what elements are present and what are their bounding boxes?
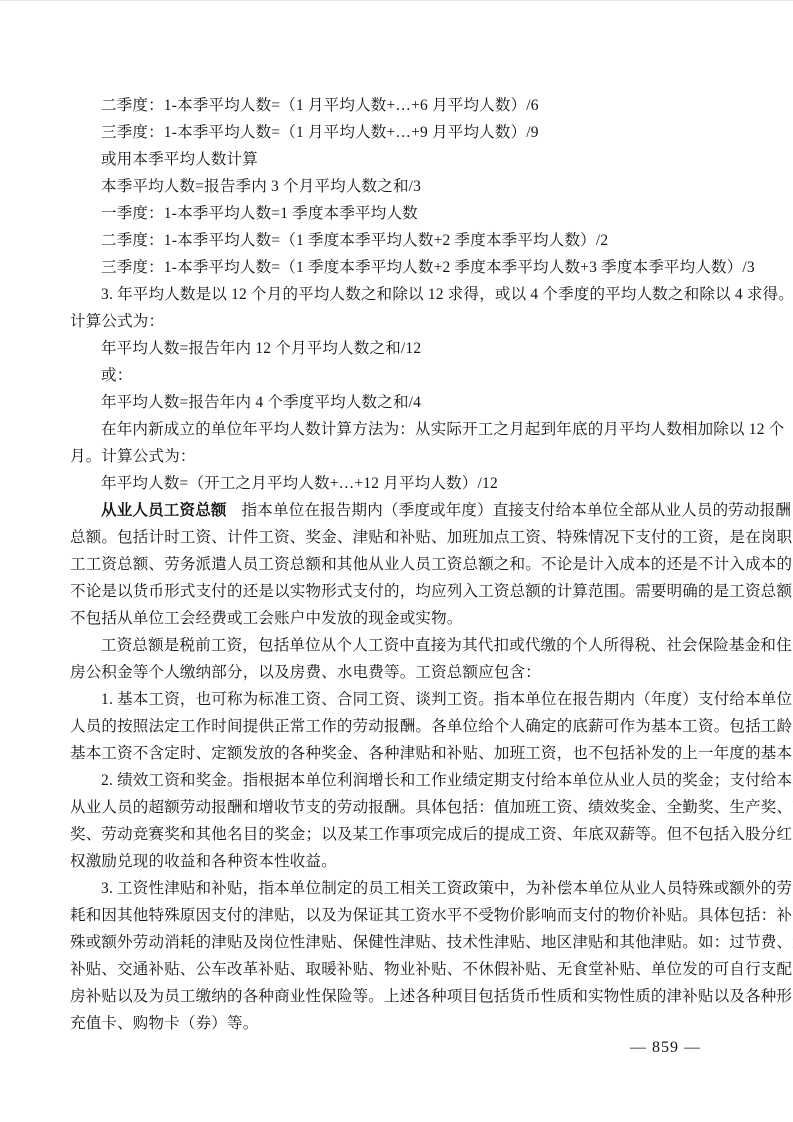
- term-label: 从业人员工资总额: [101, 502, 227, 519]
- doc-line: 1. 基本工资，也可称为标准工资、合同工资、谈判工资。指本单位在报告期内（年度）…: [70, 686, 730, 713]
- doc-line: 权激励兑现的收益和各种资本性收益。: [70, 848, 730, 875]
- page-number: — 859 —: [630, 1038, 701, 1058]
- doc-line: 总额。包括计时工资、计件工资、奖金、津贴和补贴、加班加点工资、特殊情况下支付的工…: [70, 524, 730, 551]
- doc-line: 基本工资不含定时、定额发放的各种奖金、各种津贴和补贴、加班工资，也不包括补发的上…: [70, 740, 730, 767]
- doc-line: 补贴、交通补贴、公车改革补贴、取暖补贴、物业补贴、不休假补贴、无食堂补贴、单位发…: [70, 956, 730, 983]
- doc-line: 三季度：1-本季平均人数=（1 月平均人数+…+9 月平均人数）/9: [70, 119, 730, 146]
- doc-line: 耗和因其他特殊原因支付的津贴，以及为保证其工资水平不受物价影响而支付的物价补贴。…: [70, 902, 730, 929]
- doc-line: 3. 工资性津贴和补贴，指本单位制定的员工相关工资政策中，为补偿本单位从业人员特…: [70, 875, 730, 902]
- doc-line: 本季平均人数=报告季内 3 个月平均人数之和/3: [70, 173, 730, 200]
- term-definition: 指本单位在报告期内（季度或年度）直接支付给本单位全部从业人员的劳动报酬: [242, 502, 792, 519]
- doc-line: 奖、劳动竞赛奖和其他名目的奖金；以及某工作事项完成后的提成工资、年底双薪等。但不…: [70, 821, 730, 848]
- doc-line: 在年内新成立的单位年平均人数计算方法为：从实际开工之月起到年底的月平均人数相加除…: [70, 416, 730, 443]
- doc-line: 年平均人数=报告年内 12 个月平均人数之和/12: [70, 335, 730, 362]
- doc-line: 月。计算公式为：: [70, 443, 730, 470]
- doc-line: 年平均人数=报告年内 4 个季度平均人数之和/4: [70, 389, 730, 416]
- doc-line: 不包括从单位工会经费或工会账户中发放的现金或实物。: [70, 605, 730, 632]
- doc-line-term-entry: 从业人员工资总额指本单位在报告期内（季度或年度）直接支付给本单位全部从业人员的劳…: [70, 497, 730, 524]
- doc-line: 或：: [70, 362, 730, 389]
- doc-line: 从业人员的超额劳动报酬和增收节支的劳动报酬。具体包括：值加班工资、绩效奖金、全勤…: [70, 794, 730, 821]
- doc-line: 计算公式为：: [70, 308, 730, 335]
- doc-line: 房公积金等个人缴纳部分，以及房费、水电费等。工资总额应包含：: [70, 659, 730, 686]
- document-body: 二季度：1-本季平均人数=（1 月平均人数+…+6 月平均人数）/6 三季度：1…: [70, 92, 730, 1037]
- doc-line: 工资总额是税前工资，包括单位从个人工资中直接为其代扣或代缴的个人所得税、社会保险…: [70, 632, 730, 659]
- document-page: 二季度：1-本季平均人数=（1 月平均人数+…+6 月平均人数）/6 三季度：1…: [0, 0, 793, 1122]
- scan-edge-line: [0, 0, 793, 1]
- doc-line: 房补贴以及为员工缴纳的各种商业性保险等。上述各种项目包括货币性质和实物性质的津补…: [70, 983, 730, 1010]
- doc-line: 殊或额外劳动消耗的津贴及岗位性津贴、保健性津贴、技术性津贴、地区津贴和其他津贴。…: [70, 929, 730, 956]
- doc-line: 2. 绩效工资和奖金。指根据本单位利润增长和工作业绩定期支付给本单位从业人员的奖…: [70, 767, 730, 794]
- doc-line: 充值卡、购物卡（券）等。: [70, 1010, 730, 1037]
- doc-line: 不论是以货币形式支付的还是以实物形式支付的，均应列入工资总额的计算范围。需要明确…: [70, 578, 730, 605]
- doc-line: 工工资总额、劳务派遣人员工资总额和其他从业人员工资总额之和。不论是计入成本的还是…: [70, 551, 730, 578]
- doc-line: 二季度：1-本季平均人数=（1 月平均人数+…+6 月平均人数）/6: [70, 92, 730, 119]
- doc-line: 一季度：1-本季平均人数=1 季度本季平均人数: [70, 200, 730, 227]
- doc-line: 3. 年平均人数是以 12 个月的平均人数之和除以 12 求得，或以 4 个季度…: [70, 281, 730, 308]
- doc-line: 人员的按照法定工作时间提供正常工作的劳动报酬。各单位给个人确定的底薪可作为基本工…: [70, 713, 730, 740]
- doc-line: 年平均人数=（开工之月平均人数+…+12 月平均人数）/12: [70, 470, 730, 497]
- doc-line: 三季度：1-本季平均人数=（1 季度本季平均人数+2 季度本季平均人数+3 季度…: [70, 254, 730, 281]
- doc-line: 或用本季平均人数计算: [70, 146, 730, 173]
- doc-line: 二季度：1-本季平均人数=（1 季度本季平均人数+2 季度本季平均人数）/2: [70, 227, 730, 254]
